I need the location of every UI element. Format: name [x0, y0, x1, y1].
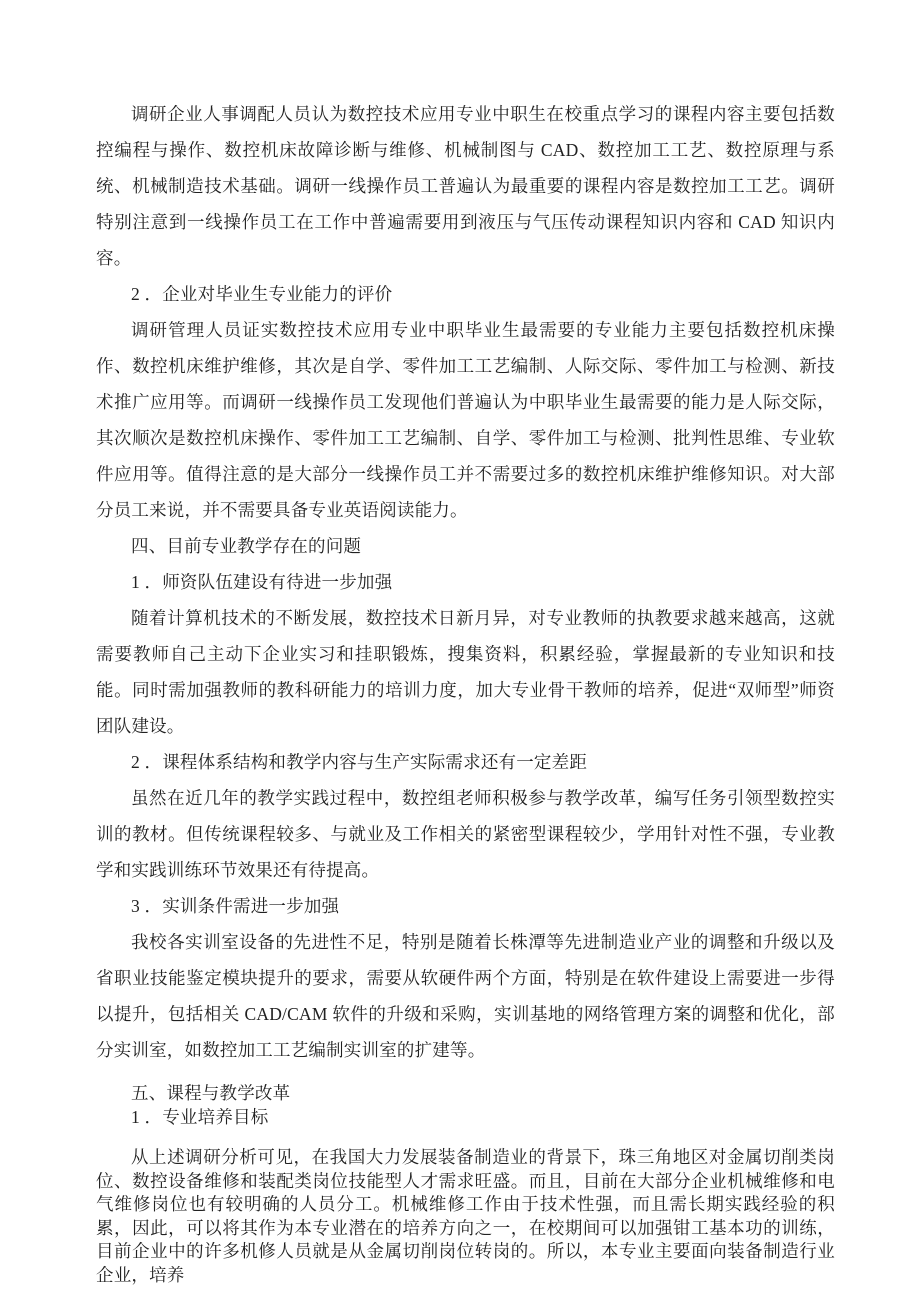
heading-teacher-team-building: 1 ．师资队伍建设有待进一步加强 — [96, 564, 835, 600]
paragraph-course-content-survey: 调研企业人事调配人员认为数控技术应用专业中职生在校重点学习的课程内容主要包括数控… — [96, 96, 835, 276]
paragraph-graduate-ability-survey: 调研管理人员证实数控技术应用专业中职毕业生最需要的专业能力主要包括数控机床操作、… — [96, 312, 835, 528]
paragraph-curriculum-reform-status: 虽然在近几年的教学实践过程中，数控组老师积极参与教学改革，编写任务引领型数控实训… — [96, 780, 835, 888]
heading-graduate-ability-evaluation: 2 ．企业对毕业生专业能力的评价 — [96, 276, 835, 312]
heading-section-four-teaching-problems: 四、目前专业教学存在的问题 — [96, 528, 835, 564]
heading-curriculum-gap: 2 ．课程体系结构和教学内容与生产实际需求还有一定差距 — [96, 744, 835, 780]
heading-training-objectives: 1 ．专业培养目标 — [96, 1106, 835, 1130]
paragraph-teacher-development: 随着计算机技术的不断发展，数控技术日新月异，对专业教师的执教要求越来越高，这就需… — [96, 600, 835, 744]
paragraph-training-objectives-analysis: 从上述调研分析可见，在我国大力发展装备制造业的背景下，珠三角地区对金属切削类岗位… — [96, 1146, 835, 1287]
heading-section-five-curriculum-teaching-reform: 五、课程与教学改革 — [96, 1082, 835, 1106]
document-page: 调研企业人事调配人员认为数控技术应用专业中职生在校重点学习的课程内容主要包括数控… — [0, 0, 920, 1301]
paragraph-training-facility-needs: 我校各实训室设备的先进性不足，特别是随着长株潭等先进制造业产业的调整和升级以及省… — [96, 924, 835, 1068]
heading-training-conditions: 3 ．实训条件需进一步加强 — [96, 888, 835, 924]
